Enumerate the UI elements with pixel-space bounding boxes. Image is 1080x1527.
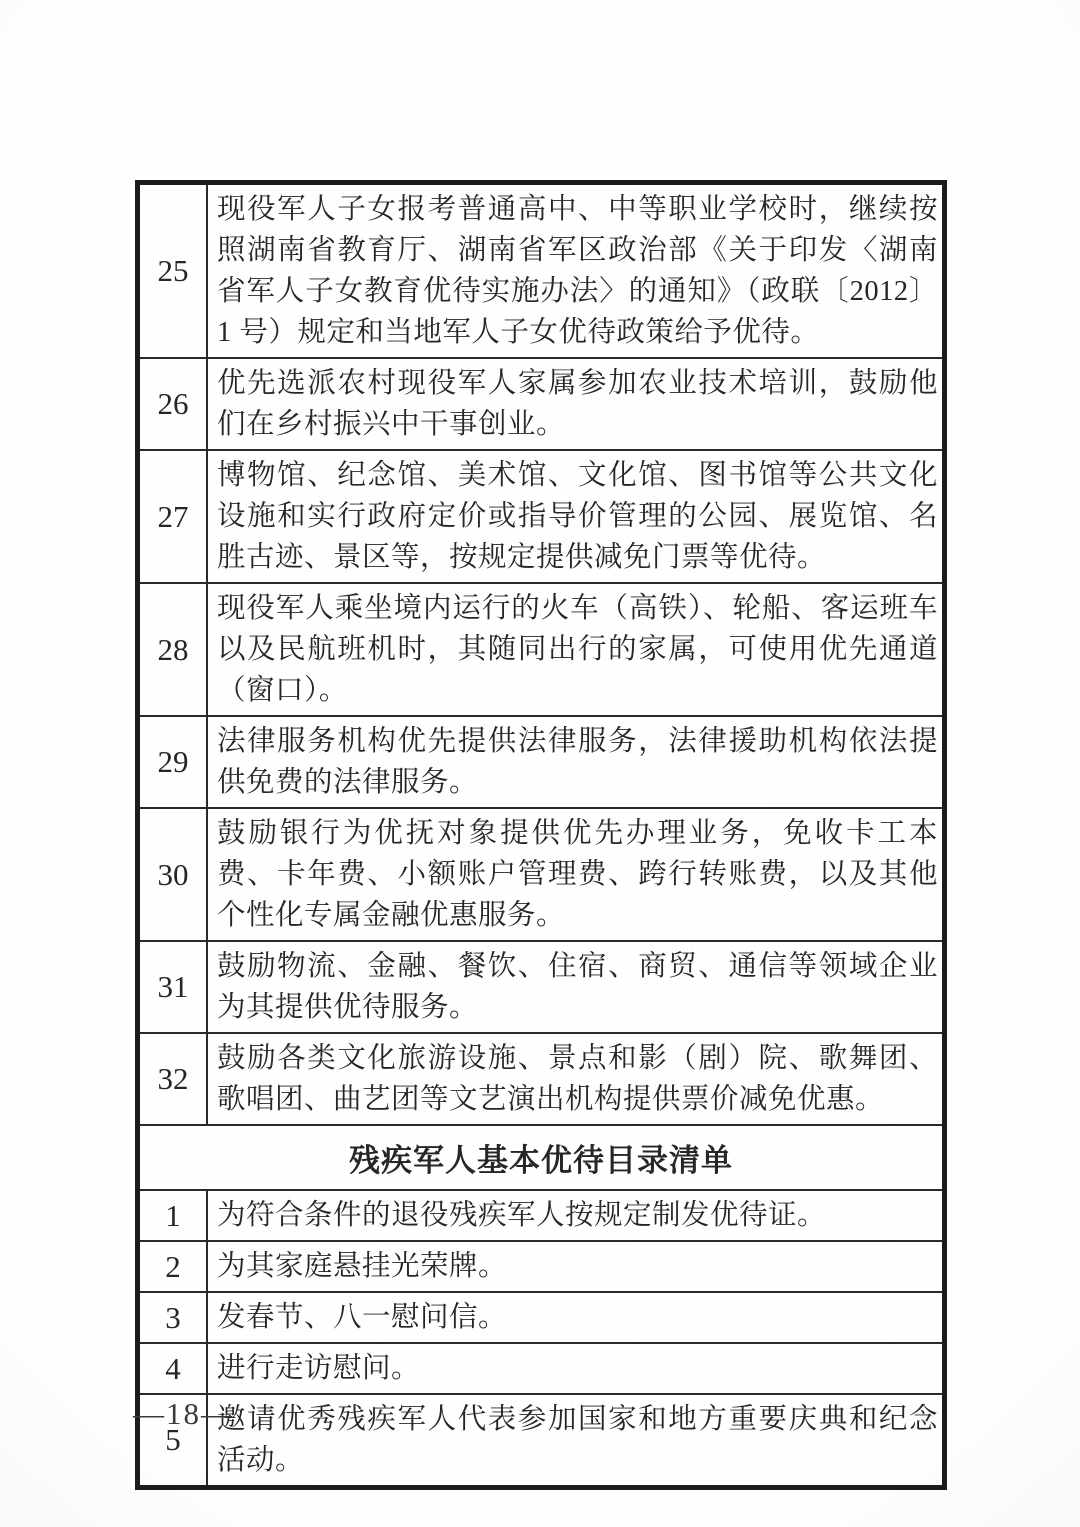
row-text: 为其家庭悬挂光荣牌。 (207, 1241, 945, 1292)
row-text: 博物馆、纪念馆、美术馆、文化馆、图书馆等公共文化设施和实行政府定价或指导价管理的… (207, 450, 945, 583)
section-header-row: 残疾军人基本优待目录清单 (138, 1125, 945, 1190)
row-number: 30 (138, 808, 208, 941)
table-row: 4进行走访慰问。 (138, 1343, 945, 1394)
section-title: 残疾军人基本优待目录清单 (138, 1125, 945, 1190)
row-number: 32 (138, 1033, 208, 1125)
row-text: 进行走访慰问。 (207, 1343, 945, 1394)
row-text: 现役军人子女报考普通高中、中等职业学校时，继续按照湖南省教育厅、湖南省军区政治部… (207, 183, 945, 359)
table-row: 1为符合条件的退役残疾军人按规定制发优待证。 (138, 1190, 945, 1241)
benefits-table-body: 25现役军人子女报考普通高中、中等职业学校时，继续按照湖南省教育厅、湖南省军区政… (138, 183, 945, 1488)
row-number: 31 (138, 941, 208, 1033)
row-text: 法律服务机构优先提供法律服务，法律援助机构依法提供免费的法律服务。 (207, 716, 945, 808)
table-row: 28现役军人乘坐境内运行的火车（高铁）、轮船、客运班车以及民航班机时，其随同出行… (138, 583, 945, 716)
table-row: 25现役军人子女报考普通高中、中等职业学校时，继续按照湖南省教育厅、湖南省军区政… (138, 183, 945, 359)
table-row: 3发春节、八一慰问信。 (138, 1292, 945, 1343)
benefits-table: 25现役军人子女报考普通高中、中等职业学校时，继续按照湖南省教育厅、湖南省军区政… (135, 180, 947, 1490)
table-row: 27博物馆、纪念馆、美术馆、文化馆、图书馆等公共文化设施和实行政府定价或指导价管… (138, 450, 945, 583)
table-row: 32鼓励各类文化旅游设施、景点和影（剧）院、歌舞团、歌唱团、曲艺团等文艺演出机构… (138, 1033, 945, 1125)
row-number: 28 (138, 583, 208, 716)
row-text: 发春节、八一慰问信。 (207, 1292, 945, 1343)
row-text: 邀请优秀残疾军人代表参加国家和地方重要庆典和纪念活动。 (207, 1394, 945, 1488)
table-row: 2为其家庭悬挂光荣牌。 (138, 1241, 945, 1292)
row-number: 26 (138, 358, 208, 450)
row-text: 鼓励各类文化旅游设施、景点和影（剧）院、歌舞团、歌唱团、曲艺团等文艺演出机构提供… (207, 1033, 945, 1125)
row-number: 2 (138, 1241, 208, 1292)
row-number: 1 (138, 1190, 208, 1241)
row-text: 鼓励银行为优抚对象提供优先办理业务，免收卡工本费、卡年费、小额账户管理费、跨行转… (207, 808, 945, 941)
page-number: —18— (133, 1396, 234, 1432)
table-row: 5邀请优秀残疾军人代表参加国家和地方重要庆典和纪念活动。 (138, 1394, 945, 1488)
table-row: 30鼓励银行为优抚对象提供优先办理业务，免收卡工本费、卡年费、小额账户管理费、跨… (138, 808, 945, 941)
row-number: 27 (138, 450, 208, 583)
row-text: 为符合条件的退役残疾军人按规定制发优待证。 (207, 1190, 945, 1241)
row-text: 鼓励物流、金融、餐饮、住宿、商贸、通信等领域企业为其提供优待服务。 (207, 941, 945, 1033)
row-text: 现役军人乘坐境内运行的火车（高铁）、轮船、客运班车以及民航班机时，其随同出行的家… (207, 583, 945, 716)
row-number: 3 (138, 1292, 208, 1343)
table-row: 31鼓励物流、金融、餐饮、住宿、商贸、通信等领域企业为其提供优待服务。 (138, 941, 945, 1033)
row-number: 25 (138, 183, 208, 359)
row-text: 优先选派农村现役军人家属参加农业技术培训，鼓励他们在乡村振兴中干事创业。 (207, 358, 945, 450)
row-number: 29 (138, 716, 208, 808)
table-row: 26优先选派农村现役军人家属参加农业技术培训，鼓励他们在乡村振兴中干事创业。 (138, 358, 945, 450)
table-row: 29法律服务机构优先提供法律服务，法律援助机构依法提供免费的法律服务。 (138, 716, 945, 808)
row-number: 4 (138, 1343, 208, 1394)
